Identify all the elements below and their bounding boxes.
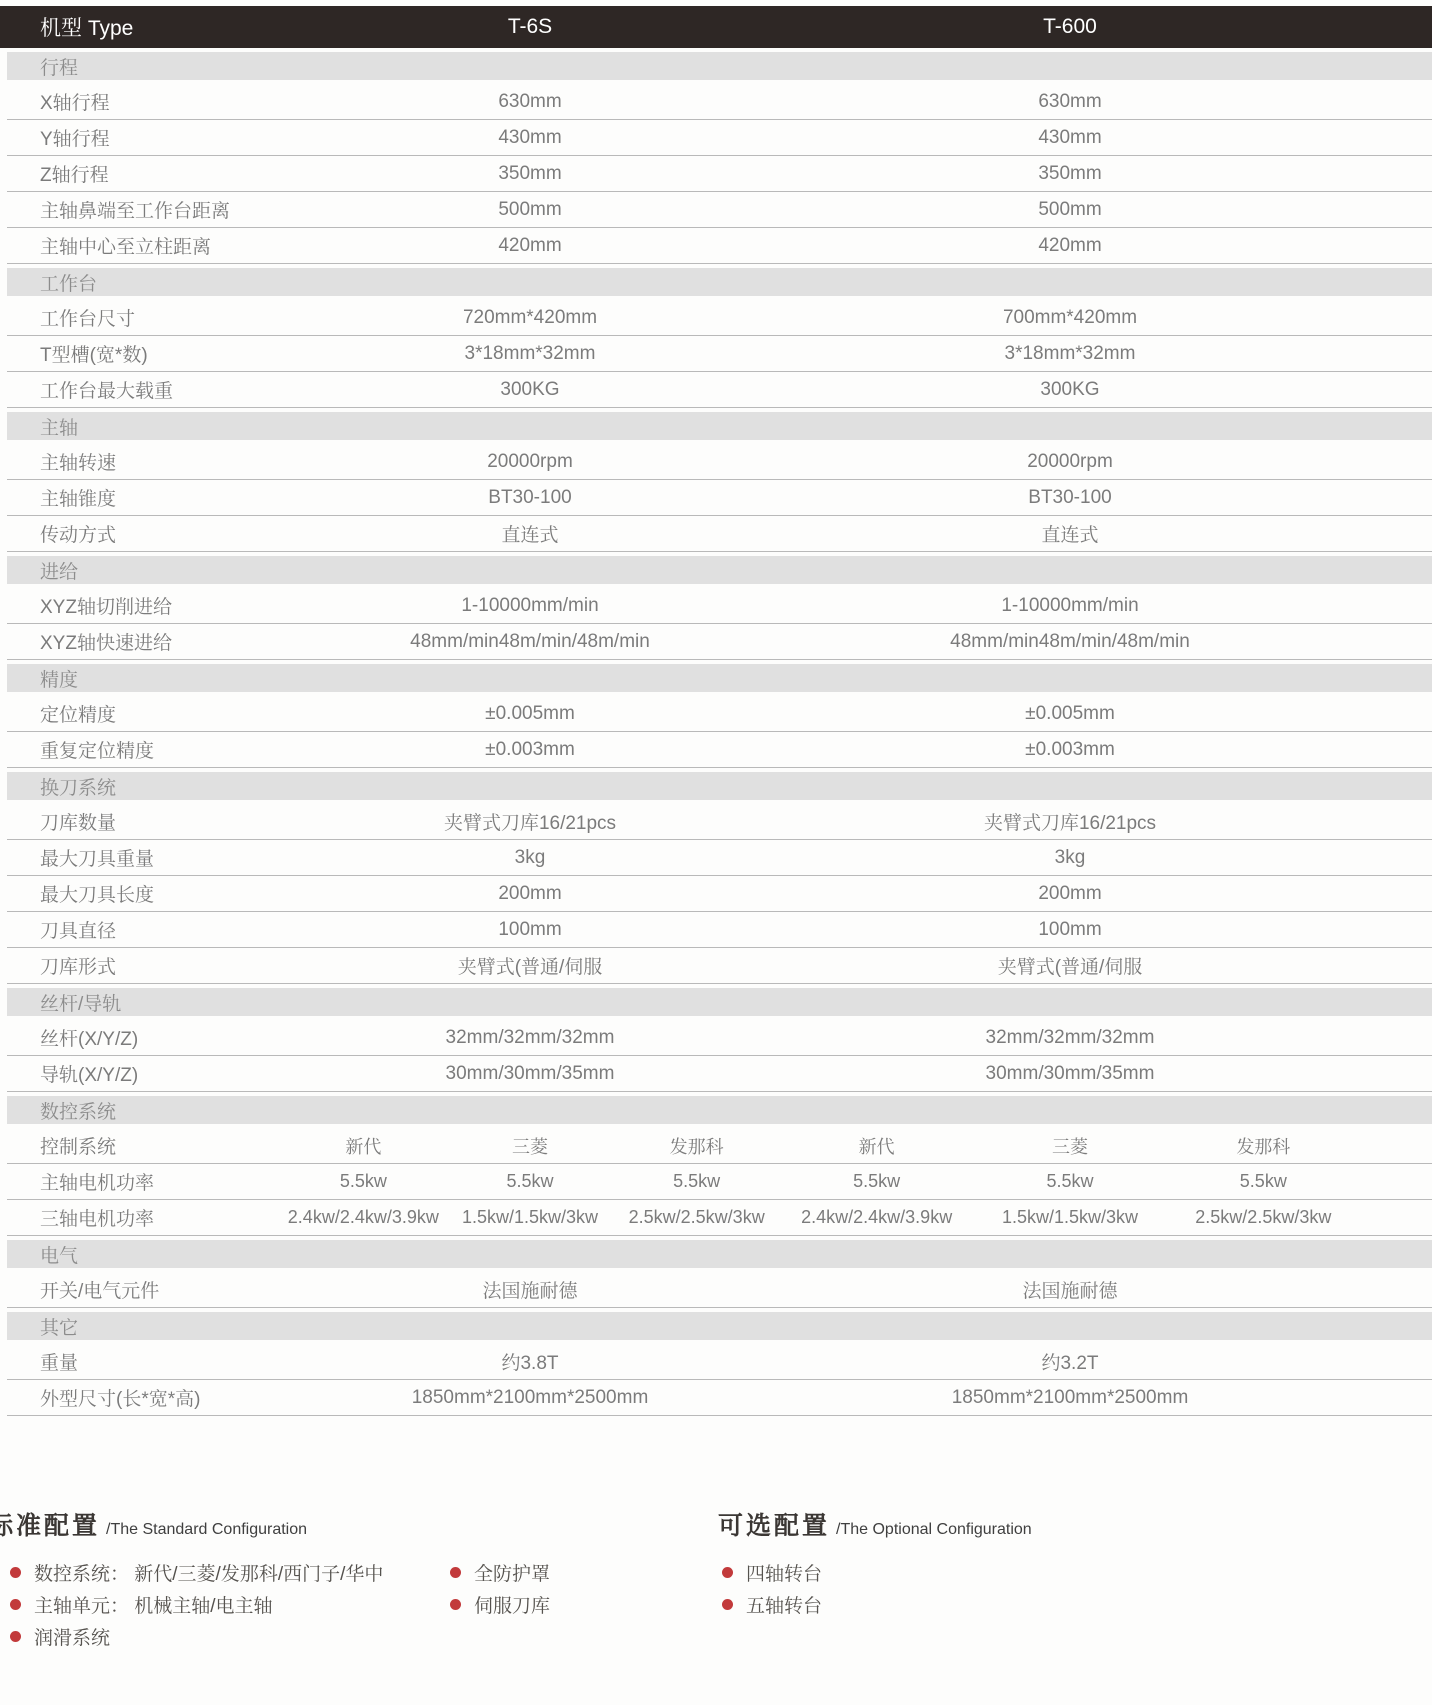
value-cell-t600: 20000rpm (780, 451, 1360, 473)
value-cell-t600: 700mm*420mm (780, 307, 1360, 329)
sub-value-cell: 2.5kw/2.5kw/3kw (613, 1207, 780, 1228)
row-label: 三轴电机功率 (7, 1204, 280, 1231)
value-cell-t6s: 3kg (280, 847, 780, 869)
value-cell-t6s: 1-10000mm/min (280, 595, 780, 617)
standard-config-title-en: /The Standard Configuration (106, 1521, 307, 1539)
table-row: 工作台尺寸720mm*420mm700mm*420mm (7, 300, 1432, 336)
config-item-label: 数控系统： 新代/三菱/发那科/西门子/华中 (34, 1559, 383, 1586)
config-item-label: 润滑系统 (34, 1623, 110, 1650)
sub-value-cell: 5.5kw (973, 1171, 1166, 1192)
row-label: 丝杆(X/Y/Z) (7, 1024, 280, 1051)
section-header: 工作台 (7, 268, 1432, 296)
value-cell-t600: 法国施耐德 (780, 1276, 1360, 1303)
section-header: 进给 (7, 556, 1432, 584)
table-row: 重复定位精度±0.003mm±0.003mm (7, 732, 1432, 768)
value-cell-t600: 48mm/min48m/min/48m/min (780, 631, 1360, 653)
value-cell-t6s: BT30-100 (280, 487, 780, 509)
table-row: XYZ轴切削进给1-10000mm/min1-10000mm/min (7, 588, 1432, 624)
sub-value-cell: 发那科 (613, 1133, 780, 1159)
value-cell-t6s: 100mm (280, 919, 780, 941)
config-item-label: 主轴单元： 机械主轴/电主轴 (34, 1591, 273, 1618)
value-cell-t600: 430mm (780, 127, 1360, 149)
bullet-icon (722, 1567, 733, 1578)
sub-value-cell: 2.5kw/2.5kw/3kw (1167, 1207, 1360, 1228)
config-list-item: 全防护罩 (450, 1556, 550, 1588)
row-label: 外型尺寸(长*宽*高) (7, 1384, 280, 1411)
section-header: 主轴 (7, 412, 1432, 440)
row-label: 主轴电机功率 (7, 1168, 280, 1195)
table-row: 定位精度±0.005mm±0.005mm (7, 696, 1432, 732)
config-list-item: 五轴转台 (722, 1588, 822, 1620)
row-label: 开关/电气元件 (7, 1276, 280, 1303)
row-label: 控制系统 (7, 1132, 280, 1159)
value-cell-t6s: ±0.005mm (280, 703, 780, 725)
table-row: X轴行程630mm630mm (7, 84, 1432, 120)
sub-value-cell: 三菱 (973, 1133, 1166, 1159)
sub-value-cell: 1.5kw/1.5kw/3kw (973, 1207, 1166, 1228)
value-cell-t6s: 约3.8T (280, 1348, 780, 1375)
section-header: 行程 (7, 52, 1432, 80)
value-cell-t600: 夹臂式(普通/伺服 (780, 952, 1360, 979)
bullet-icon (10, 1567, 21, 1578)
section-header: 电气 (7, 1240, 1432, 1268)
section-header: 精度 (7, 664, 1432, 692)
sub-value-cell: 5.5kw (280, 1171, 447, 1192)
table-row: 工作台最大载重300KG300KG (7, 372, 1432, 408)
sub-value-cell: 5.5kw (613, 1171, 780, 1192)
optional-config-title-zh: 可选配置 (718, 1506, 830, 1542)
standard-config-header: 标准配置 /The Standard Configuration (0, 1506, 307, 1542)
value-cell-t6s: ±0.003mm (280, 739, 780, 761)
sub-value-cell: 发那科 (1167, 1133, 1360, 1159)
sub-value-cell: 新代 (280, 1133, 447, 1159)
value-cell-t6s: 1850mm*2100mm*2500mm (280, 1387, 780, 1409)
value-cell-t6s: 3*18mm*32mm (280, 343, 780, 365)
config-list-item: 润滑系统 (10, 1620, 383, 1652)
section-header: 换刀系统 (7, 772, 1432, 800)
sub-value-cell: 1.5kw/1.5kw/3kw (447, 1207, 614, 1228)
row-label: 主轴锥度 (7, 484, 280, 511)
standard-config-list-1: 数控系统： 新代/三菱/发那科/西门子/华中主轴单元： 机械主轴/电主轴润滑系统 (10, 1556, 383, 1652)
optional-config-header: 可选配置 /The Optional Configuration (718, 1506, 1032, 1542)
table-row: T型槽(宽*数)3*18mm*32mm3*18mm*32mm (7, 336, 1432, 372)
value-cell-t600: 1-10000mm/min (780, 595, 1360, 617)
value-cell-t6s: 500mm (280, 199, 780, 221)
model-type-label: 机型 Type (0, 12, 280, 42)
value-cell-t600: 1850mm*2100mm*2500mm (780, 1387, 1360, 1409)
value-cell-t600: 约3.2T (780, 1348, 1360, 1375)
bullet-icon (10, 1631, 21, 1642)
table-row: XYZ轴快速进给48mm/min48m/min/48m/min48mm/min4… (7, 624, 1432, 660)
standard-config-title-zh: 标准配置 (0, 1506, 100, 1542)
value-cell-t6s: 30mm/30mm/35mm (280, 1063, 780, 1085)
row-label: 最大刀具长度 (7, 880, 280, 907)
row-label: 工作台最大载重 (7, 376, 280, 403)
bullet-icon (722, 1599, 733, 1610)
value-cell-t600: ±0.005mm (780, 703, 1360, 725)
row-label: 最大刀具重量 (7, 844, 280, 871)
value-cell-t600: BT30-100 (780, 487, 1360, 509)
config-list-item: 主轴单元： 机械主轴/电主轴 (10, 1588, 383, 1620)
row-label: 刀具直径 (7, 916, 280, 943)
value-cell-t600: 200mm (780, 883, 1360, 905)
sub-value-cell: 5.5kw (447, 1171, 614, 1192)
row-label: 传动方式 (7, 520, 280, 547)
sub-value-cell: 5.5kw (780, 1171, 973, 1192)
row-label: T型槽(宽*数) (7, 340, 280, 367)
table-row: 开关/电气元件法国施耐德法国施耐德 (7, 1272, 1432, 1308)
row-label: 刀库数量 (7, 808, 280, 835)
sub-value-cell: 三菱 (447, 1133, 614, 1159)
row-label: Y轴行程 (7, 124, 280, 151)
sub-value-cell: 2.4kw/2.4kw/3.9kw (780, 1207, 973, 1228)
table-row: Z轴行程350mm350mm (7, 156, 1432, 192)
value-cell-t6s: 直连式 (280, 520, 780, 547)
table-row: 主轴电机功率5.5kw5.5kw5.5kw5.5kw5.5kw5.5kw (7, 1164, 1432, 1200)
value-cell-t6s: 300KG (280, 379, 780, 401)
model-header-bar: 机型 Type T-6S T-600 (0, 6, 1432, 48)
config-list-item: 四轴转台 (722, 1556, 822, 1588)
row-label: 重复定位精度 (7, 736, 280, 763)
value-cell-t600: 300KG (780, 379, 1360, 401)
value-cell-t6s: 20000rpm (280, 451, 780, 473)
value-cell-t6s: 夹臂式(普通/伺服 (280, 952, 780, 979)
optional-config-title-en: /The Optional Configuration (836, 1521, 1032, 1539)
table-row: 主轴鼻端至工作台距离500mm500mm (7, 192, 1432, 228)
value-cell-t600: 夹臂式刀库16/21pcs (780, 808, 1360, 835)
table-row: 刀库数量夹臂式刀库16/21pcs夹臂式刀库16/21pcs (7, 804, 1432, 840)
table-row: 丝杆(X/Y/Z)32mm/32mm/32mm32mm/32mm/32mm (7, 1020, 1432, 1056)
row-label: X轴行程 (7, 88, 280, 115)
config-item-label: 伺服刀库 (474, 1591, 550, 1618)
value-group-t6s: 新代三菱发那科 (280, 1133, 780, 1159)
row-label: 重量 (7, 1348, 280, 1375)
config-item-label: 全防护罩 (474, 1559, 550, 1586)
table-row: 传动方式直连式直连式 (7, 516, 1432, 552)
config-list-item: 数控系统： 新代/三菱/发那科/西门子/华中 (10, 1556, 383, 1588)
value-cell-t6s: 430mm (280, 127, 780, 149)
section-header: 丝杆/导轨 (7, 988, 1432, 1016)
sub-value-cell: 新代 (780, 1133, 973, 1159)
value-cell-t6s: 法国施耐德 (280, 1276, 780, 1303)
sub-value-cell: 2.4kw/2.4kw/3.9kw (280, 1207, 447, 1228)
bullet-icon (10, 1599, 21, 1610)
table-row: 最大刀具重量3kg3kg (7, 840, 1432, 876)
row-label: 主轴鼻端至工作台距离 (7, 196, 280, 223)
section-header: 其它 (7, 1312, 1432, 1340)
value-cell-t600: 500mm (780, 199, 1360, 221)
value-cell-t600: 630mm (780, 91, 1360, 113)
row-label: XYZ轴切削进给 (7, 592, 280, 619)
value-cell-t6s: 32mm/32mm/32mm (280, 1027, 780, 1049)
row-label: 主轴转速 (7, 448, 280, 475)
bullet-icon (450, 1599, 461, 1610)
value-cell-t600: 直连式 (780, 520, 1360, 547)
value-cell-t6s: 720mm*420mm (280, 307, 780, 329)
config-list-item: 伺服刀库 (450, 1588, 550, 1620)
table-row: 最大刀具长度200mm200mm (7, 876, 1432, 912)
value-group-t600: 2.4kw/2.4kw/3.9kw1.5kw/1.5kw/3kw2.5kw/2.… (780, 1207, 1360, 1228)
model-name-t6s: T-6S (280, 15, 780, 39)
table-row: 重量约3.8T约3.2T (7, 1344, 1432, 1380)
value-cell-t6s: 350mm (280, 163, 780, 185)
row-label: 定位精度 (7, 700, 280, 727)
config-item-label: 五轴转台 (746, 1591, 822, 1618)
spec-table-body: 行程X轴行程630mm630mmY轴行程430mm430mmZ轴行程350mm3… (7, 52, 1432, 1416)
row-label: 导轨(X/Y/Z) (7, 1060, 280, 1087)
value-cell-t6s: 420mm (280, 235, 780, 257)
value-cell-t600: 32mm/32mm/32mm (780, 1027, 1360, 1049)
table-row: Y轴行程430mm430mm (7, 120, 1432, 156)
bullet-icon (450, 1567, 461, 1578)
value-cell-t600: 3kg (780, 847, 1360, 869)
row-label: 刀库形式 (7, 952, 280, 979)
row-label: XYZ轴快速进给 (7, 628, 280, 655)
config-item-label: 四轴转台 (746, 1559, 822, 1586)
value-group-t600: 5.5kw5.5kw5.5kw (780, 1171, 1360, 1192)
table-row: 刀具直径100mm100mm (7, 912, 1432, 948)
value-group-t600: 新代三菱发那科 (780, 1133, 1360, 1159)
section-header: 数控系统 (7, 1096, 1432, 1124)
row-label: 工作台尺寸 (7, 304, 280, 331)
table-row: 三轴电机功率2.4kw/2.4kw/3.9kw1.5kw/1.5kw/3kw2.… (7, 1200, 1432, 1236)
value-cell-t6s: 630mm (280, 91, 780, 113)
row-label: 主轴中心至立柱距离 (7, 232, 280, 259)
value-cell-t6s: 夹臂式刀库16/21pcs (280, 808, 780, 835)
table-row: 控制系统新代三菱发那科新代三菱发那科 (7, 1128, 1432, 1164)
row-label: Z轴行程 (7, 160, 280, 187)
table-row: 主轴锥度BT30-100BT30-100 (7, 480, 1432, 516)
value-cell-t600: 100mm (780, 919, 1360, 941)
table-row: 主轴转速20000rpm20000rpm (7, 444, 1432, 480)
standard-config-list-2: 全防护罩伺服刀库 (450, 1556, 550, 1620)
table-row: 外型尺寸(长*宽*高)1850mm*2100mm*2500mm1850mm*21… (7, 1380, 1432, 1416)
table-row: 主轴中心至立柱距离420mm420mm (7, 228, 1432, 264)
model-name-t600: T-600 (780, 15, 1360, 39)
value-group-t6s: 5.5kw5.5kw5.5kw (280, 1171, 780, 1192)
value-cell-t600: 30mm/30mm/35mm (780, 1063, 1360, 1085)
table-row: 刀库形式夹臂式(普通/伺服夹臂式(普通/伺服 (7, 948, 1432, 984)
value-cell-t600: ±0.003mm (780, 739, 1360, 761)
table-row: 导轨(X/Y/Z)30mm/30mm/35mm30mm/30mm/35mm (7, 1056, 1432, 1092)
value-cell-t600: 3*18mm*32mm (780, 343, 1360, 365)
value-cell-t6s: 48mm/min48m/min/48m/min (280, 631, 780, 653)
optional-config-list: 四轴转台五轴转台 (722, 1556, 822, 1620)
value-group-t6s: 2.4kw/2.4kw/3.9kw1.5kw/1.5kw/3kw2.5kw/2.… (280, 1207, 780, 1228)
value-cell-t600: 350mm (780, 163, 1360, 185)
sub-value-cell: 5.5kw (1167, 1171, 1360, 1192)
value-cell-t6s: 200mm (280, 883, 780, 905)
value-cell-t600: 420mm (780, 235, 1360, 257)
